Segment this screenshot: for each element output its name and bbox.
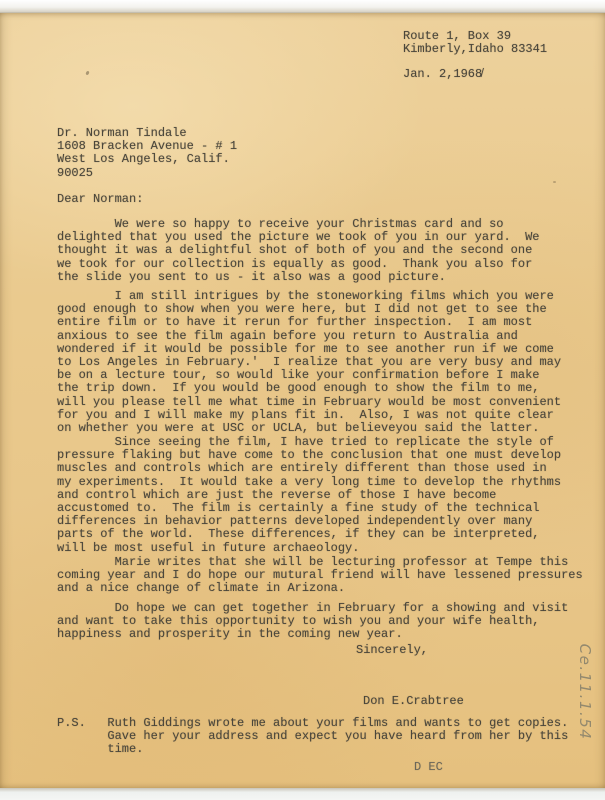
recipient-address: Dr. Norman Tindale 1608 Bracken Avenue -… xyxy=(57,127,237,180)
body-paragraph-4: Marie writes that she will be lecturing … xyxy=(57,556,583,596)
document-scan: Route 1, Box 39 Kimberly,Idaho 83341 Jan… xyxy=(0,0,605,800)
body-paragraph-1: We were so happy to receive your Christm… xyxy=(57,218,539,284)
signature-name: Don E.Crabtree xyxy=(363,695,464,708)
letter-date: Jan. 2,1968̸ xyxy=(403,68,482,81)
salutation: Dear Norman: xyxy=(57,193,143,206)
paper-speck xyxy=(85,71,89,76)
body-paragraph-3: Since seeing the film, I have tried to r… xyxy=(57,436,561,555)
body-paragraph-2: I am still intrigues by the stoneworking… xyxy=(57,290,561,435)
body-paragraph-5: Do hope we can get together in February … xyxy=(57,602,568,642)
paper-speck xyxy=(553,181,556,183)
scanner-edge-top xyxy=(0,0,605,13)
scanner-edge-bottom xyxy=(0,788,605,800)
return-address: Route 1, Box 39 Kimberly,Idaho 83341 xyxy=(403,30,547,56)
typist-initials: D EC xyxy=(414,761,443,774)
postscript: P.S. Ruth Giddings wrote me about your f… xyxy=(57,717,568,757)
closing: Sincerely, xyxy=(356,644,428,657)
handwritten-catalog-annotation: Ce.11.1.54 xyxy=(577,637,593,747)
